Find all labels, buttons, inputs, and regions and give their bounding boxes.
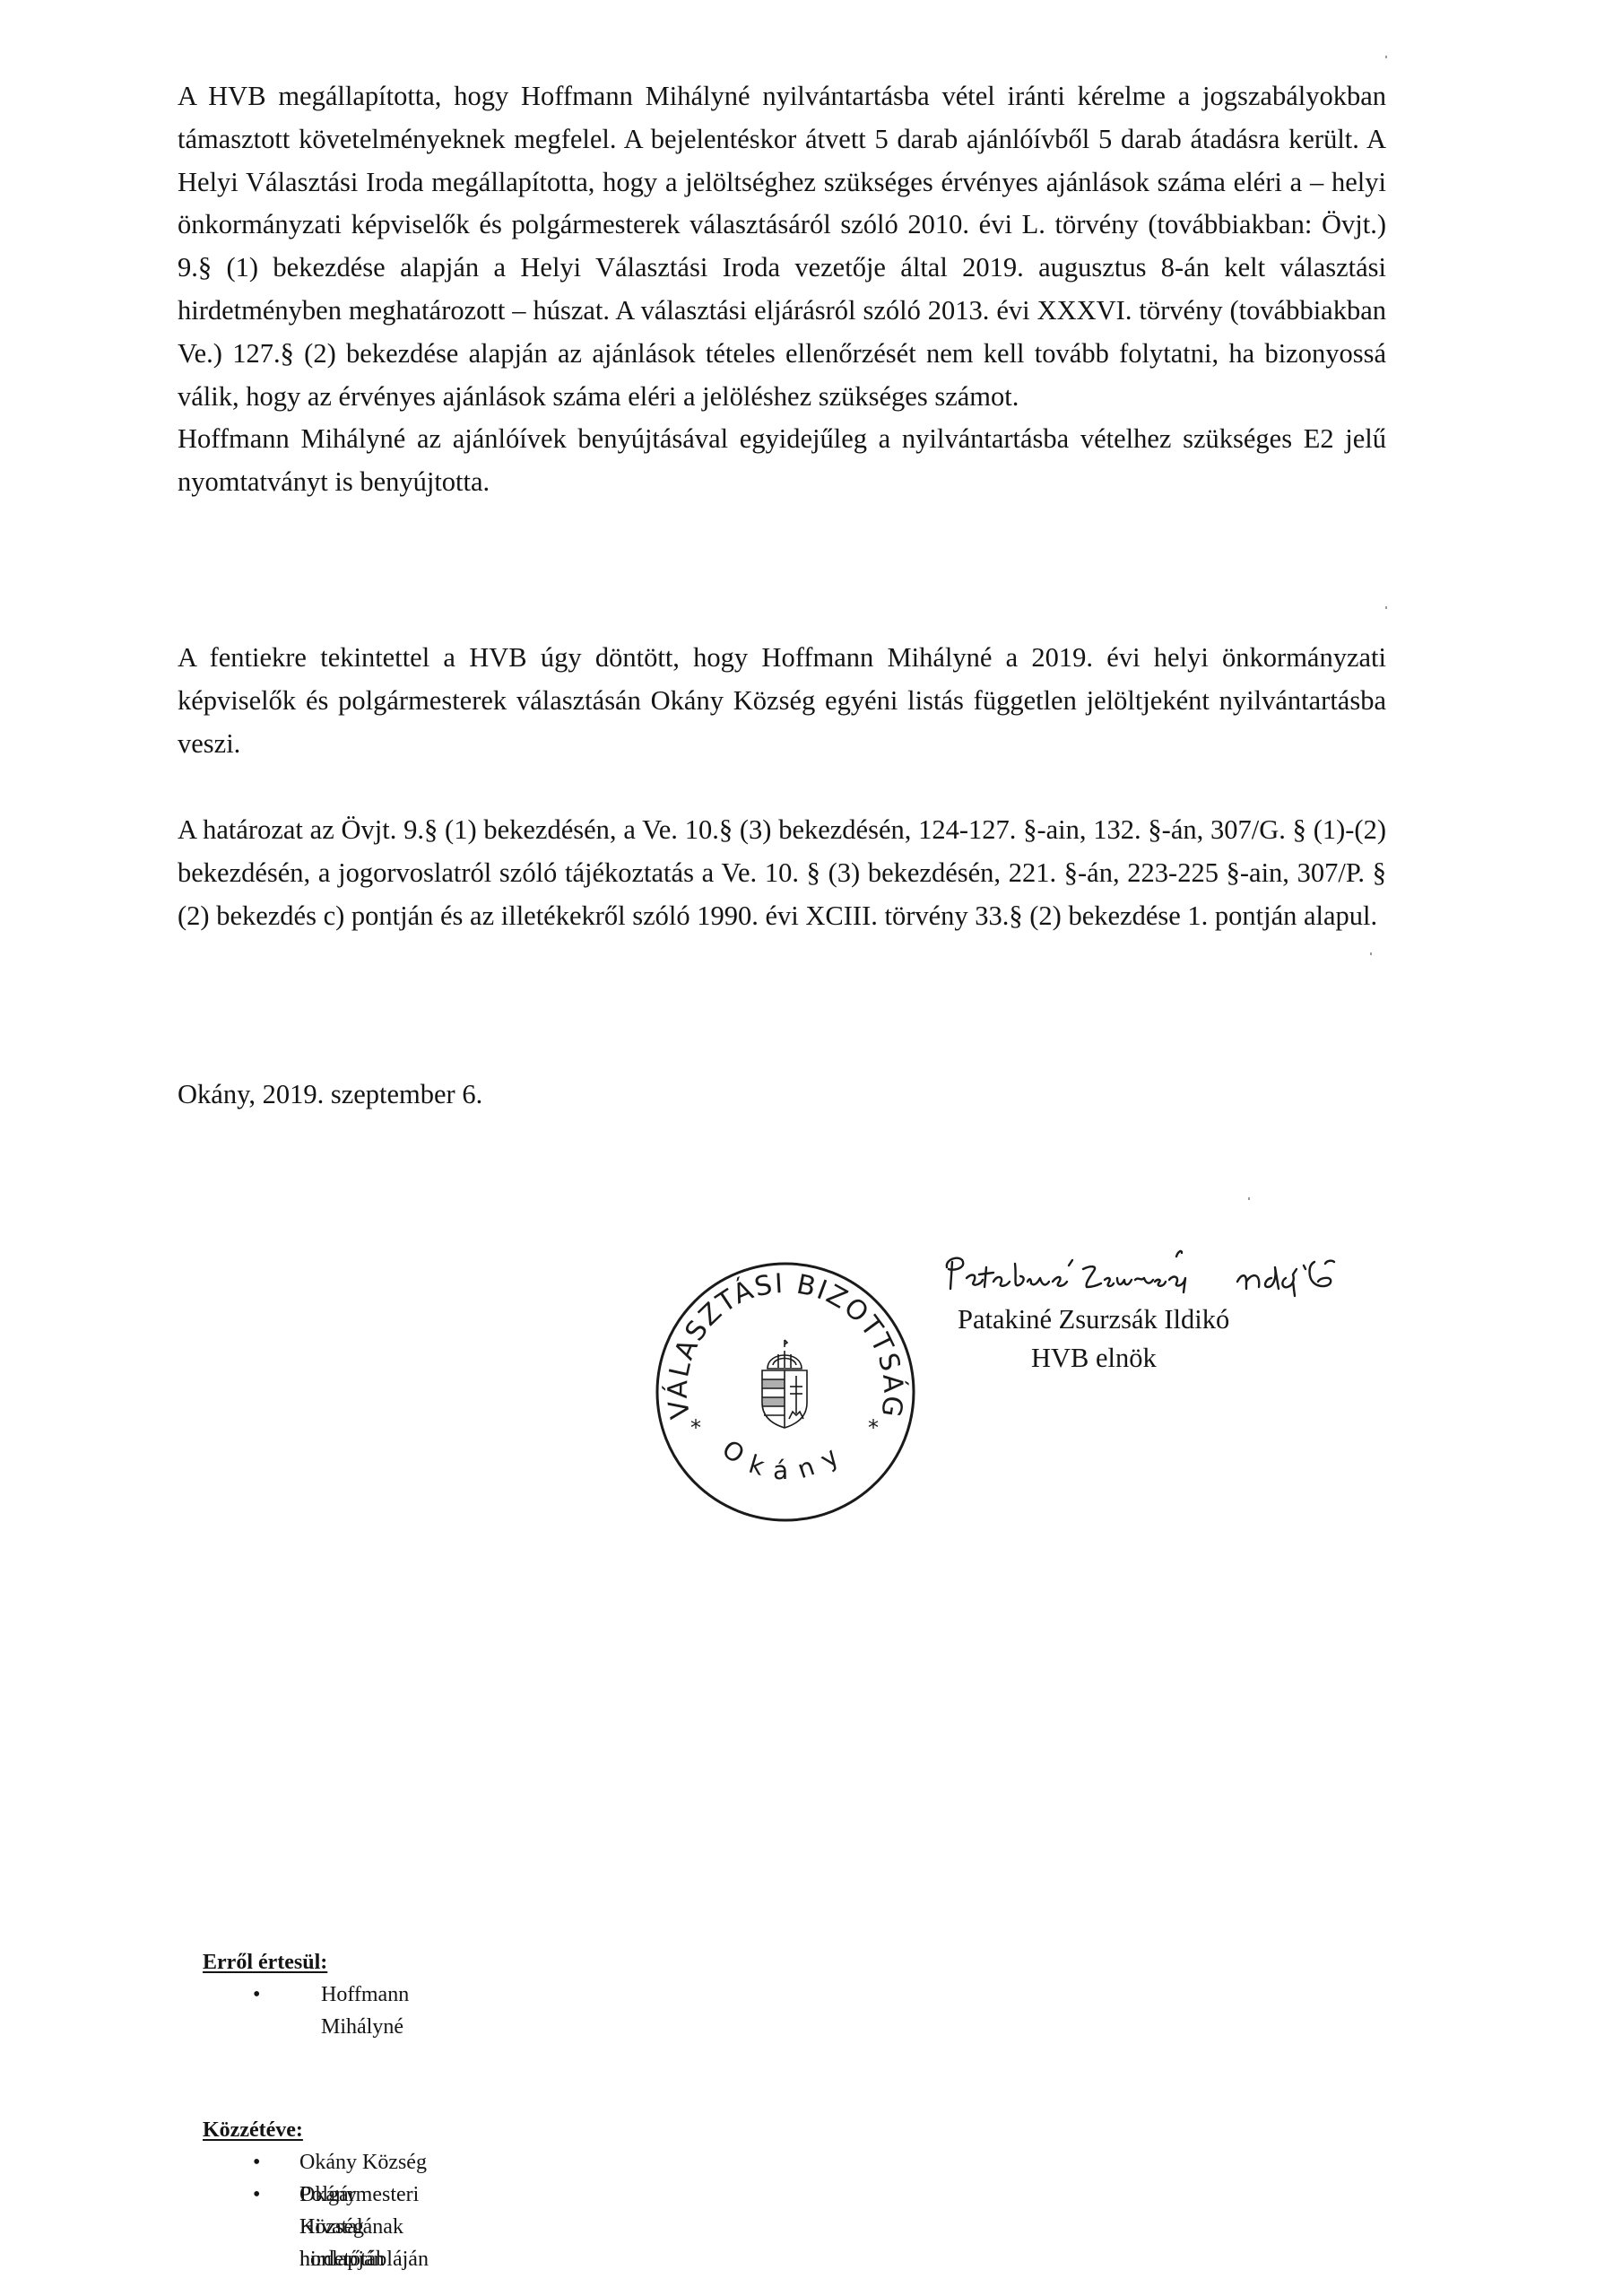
paragraph-legal-basis-text: A határozat az Övjt. 9.§ (1) bekezdésén,… [178,809,1386,937]
svg-text:Okány: Okány [716,1434,854,1485]
bullet-icon: • [253,2146,260,2179]
svg-text:*: * [868,1415,879,1440]
coat-of-arms-icon [762,1340,807,1428]
paragraph-findings-e2-form: Hoffmann Mihályné az ajánlóívek benyújtá… [178,418,1386,504]
scan-artifact [1385,56,1387,58]
paragraph-findings: A HVB megállapította, hogy Hoffmann Mihá… [178,75,1386,504]
paragraph-decision-text: A fentiekre tekintettel a HVB úgy döntöt… [178,637,1386,765]
list-item: • Okány Község honlapján [203,2179,303,2211]
published-section: Közzétéve: • Okány Község Polgármesteri … [203,2114,303,2211]
stamp-seal-icon: VÁLASZTÁSI BIZOTTSÁG Okány * * [653,1259,918,1525]
stamp-bottom-text: Okány [716,1434,854,1485]
list-item: • Hoffmann Mihályné [203,1979,327,2011]
bullet-icon: • [253,1979,260,2011]
published-heading: Közzétéve: [203,2114,303,2146]
list-item: • Okány Község Polgármesteri Hivatalának… [203,2146,303,2179]
paragraph-legal-basis: A határozat az Övjt. 9.§ (1) bekezdésén,… [178,809,1386,937]
notified-item-text: Hoffmann Mihályné [321,1979,409,2043]
published-item-text: Okány Község honlapján [299,2179,385,2275]
notified-heading: Erről értesül: [203,1946,327,1979]
signer-title: HVB elnök [1031,1340,1157,1376]
scan-artifact [1385,606,1387,609]
scan-artifact [1370,952,1372,955]
signer-name: Patakiné Zsurzsák Ildikó [958,1301,1229,1337]
paragraph-decision: A fentiekre tekintettel a HVB úgy döntöt… [178,637,1386,765]
paragraph-findings-text: A HVB megállapította, hogy Hoffmann Mihá… [178,75,1386,418]
published-list: • Okány Község Polgármesteri Hivatalának… [203,2146,303,2211]
date-line: Okány, 2019. szeptember 6. [178,1074,482,1117]
notified-list: • Hoffmann Mihályné [203,1979,327,2011]
scan-artifact [1248,1197,1250,1200]
svg-text:*: * [690,1415,701,1440]
notified-section: Erről értesül: • Hoffmann Mihályné [203,1946,327,2011]
official-stamp: VÁLASZTÁSI BIZOTTSÁG Okány * * [653,1259,918,1525]
document-page: A HVB megállapította, hogy Hoffmann Mihá… [0,0,1622,2296]
bullet-icon: • [253,2179,260,2211]
